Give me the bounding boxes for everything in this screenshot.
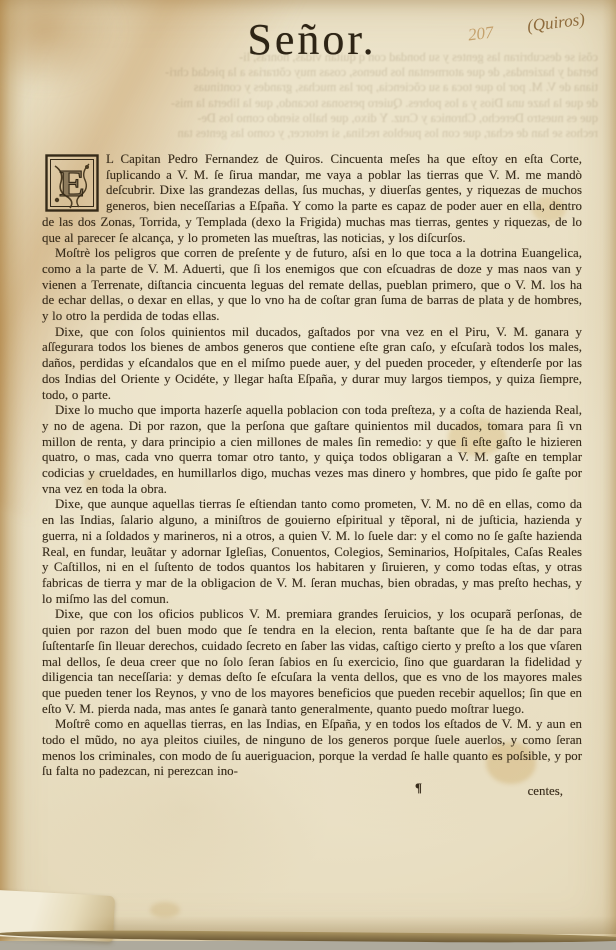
salutation-title: Señor. (42, 14, 582, 65)
showthrough-line: que es nuestro Derecho, Chronica y Cruz.… (56, 111, 598, 126)
left-page-edge (0, 0, 26, 941)
pilcrow-mark: ¶ (415, 780, 422, 796)
paragraph: Dixe lo mucho que importa hazerſe aquell… (42, 403, 582, 497)
paragraph: Dixe, que con los oficios publicos V. M.… (42, 607, 582, 717)
initial-letter: E (59, 163, 84, 205)
decorated-initial: E (45, 154, 99, 212)
showthrough-line: bertad y haziendas, de que atormentan lo… (56, 65, 598, 80)
paper-sheet: cõsi se descubriran las gentes y su bond… (0, 0, 616, 941)
paragraph: Dixe, que aunque aquellas tierras ſe eſt… (42, 497, 582, 607)
showthrough-line: rechos se han de echar, que con los pueb… (56, 126, 598, 141)
showthrough-line: tiana de V. M. por lo que toca a su cõci… (56, 80, 598, 95)
paragraph-text: L Capitan Pedro Fernandez de Quiros. Cin… (42, 152, 582, 245)
catchword: centes, (528, 784, 563, 800)
paragraph: E L Capitan Pedro Fernandez de Quiros. C… (42, 152, 582, 246)
paragraph: Moſtrè los peligros que corren de preſen… (42, 246, 582, 325)
paragraph: Dixe, que con ſolos quinientos mil ducad… (42, 325, 582, 404)
verso-showthrough: cõsi se descubriran las gentes y su bond… (56, 50, 598, 152)
catchword-line: ¶ centes, (42, 780, 582, 797)
paragraph: Moſtrê como en aquellas tierras, en las … (42, 717, 582, 780)
showthrough-line: de que la haze una Dios y a los pobres. … (56, 96, 598, 111)
scanned-page: cõsi se descubriran las gentes y su bond… (0, 0, 616, 950)
letter-body: E L Capitan Pedro Fernandez de Quiros. C… (42, 152, 582, 797)
right-page-edge (602, 0, 616, 941)
